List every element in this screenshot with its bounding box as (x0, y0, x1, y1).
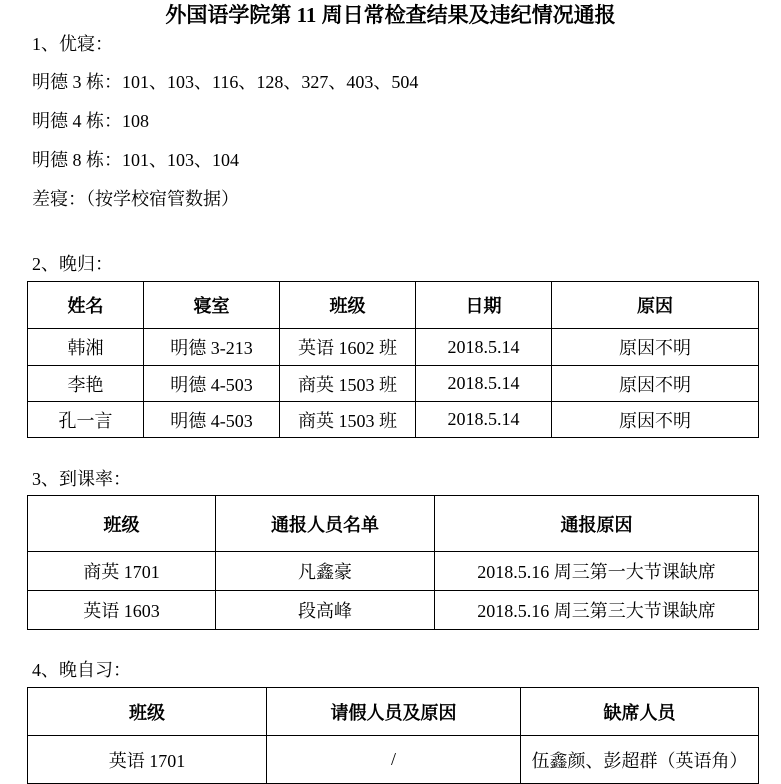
excellent-dorms-building-4: 明德 4 栋：108 (32, 109, 149, 133)
table-cell: 商英 1503 班 (280, 366, 416, 402)
table-cell: 英语 1701 (28, 736, 267, 784)
table-cell: 商英 1503 班 (280, 402, 416, 438)
column-header: 缺席人员 (521, 688, 759, 736)
table-header-row: 班级 请假人员及原因 缺席人员 (28, 688, 759, 736)
table-cell: 商英 1701 (28, 552, 216, 591)
table-cell: 李艳 (28, 366, 144, 402)
table-cell: 孔一言 (28, 402, 144, 438)
table-cell: 原因不明 (552, 402, 759, 438)
column-header: 请假人员及原因 (267, 688, 521, 736)
attendance-table: 班级 通报人员名单 通报原因 商英 1701 凡鑫豪 2018.5.16 周三第… (27, 495, 759, 630)
table-cell: 伍鑫颜、彭超群（英语角） (521, 736, 759, 784)
section2-heading: 2、晚归： (32, 252, 113, 276)
table-cell: 原因不明 (552, 366, 759, 402)
table-cell: 2018.5.14 (416, 366, 552, 402)
column-header: 寝室 (144, 282, 280, 329)
table-row: 韩湘 明德 3-213 英语 1602 班 2018.5.14 原因不明 (28, 329, 759, 366)
table-cell: 明德 4-503 (144, 366, 280, 402)
table-row: 英语 1701 / 伍鑫颜、彭超群（英语角） (28, 736, 759, 784)
table-cell: 原因不明 (552, 329, 759, 366)
excellent-dorms-building-3: 明德 3 栋：101、103、116、128、327、403、504 (32, 70, 418, 94)
late-return-table: 姓名 寝室 班级 日期 原因 韩湘 明德 3-213 英语 1602 班 201… (27, 281, 759, 438)
table-cell: 2018.5.14 (416, 329, 552, 366)
column-header: 原因 (552, 282, 759, 329)
table-cell: 韩湘 (28, 329, 144, 366)
document-title: 外国语学院第 11 周日常检查结果及违纪情况通报 (0, 2, 781, 28)
table-header-row: 姓名 寝室 班级 日期 原因 (28, 282, 759, 329)
column-header: 姓名 (28, 282, 144, 329)
table-cell: 2018.5.16 周三第三大节课缺席 (435, 591, 759, 630)
poor-dorms-note: 差寝：（按学校宿管数据） (32, 187, 239, 211)
section1-heading: 1、优寝： (32, 32, 113, 56)
table-cell: 英语 1603 (28, 591, 216, 630)
table-header-row: 班级 通报人员名单 通报原因 (28, 496, 759, 552)
section4-heading: 4、晚自习： (32, 658, 131, 682)
table-cell: 明德 4-503 (144, 402, 280, 438)
column-header: 日期 (416, 282, 552, 329)
excellent-dorms-building-8: 明德 8 栋：101、103、104 (32, 148, 239, 172)
table-row: 商英 1701 凡鑫豪 2018.5.16 周三第一大节课缺席 (28, 552, 759, 591)
column-header: 通报人员名单 (216, 496, 435, 552)
table-cell: 2018.5.16 周三第一大节课缺席 (435, 552, 759, 591)
table-cell: 段高峰 (216, 591, 435, 630)
section3-heading: 3、到课率： (32, 467, 131, 491)
column-header: 班级 (280, 282, 416, 329)
evening-study-table: 班级 请假人员及原因 缺席人员 英语 1701 / 伍鑫颜、彭超群（英语角） (27, 687, 759, 784)
table-row: 孔一言 明德 4-503 商英 1503 班 2018.5.14 原因不明 (28, 402, 759, 438)
column-header: 通报原因 (435, 496, 759, 552)
column-header: 班级 (28, 496, 216, 552)
table-cell: 明德 3-213 (144, 329, 280, 366)
table-cell: / (267, 736, 521, 784)
table-cell: 2018.5.14 (416, 402, 552, 438)
table-row: 李艳 明德 4-503 商英 1503 班 2018.5.14 原因不明 (28, 366, 759, 402)
table-cell: 凡鑫豪 (216, 552, 435, 591)
table-row: 英语 1603 段高峰 2018.5.16 周三第三大节课缺席 (28, 591, 759, 630)
table-cell: 英语 1602 班 (280, 329, 416, 366)
column-header: 班级 (28, 688, 267, 736)
